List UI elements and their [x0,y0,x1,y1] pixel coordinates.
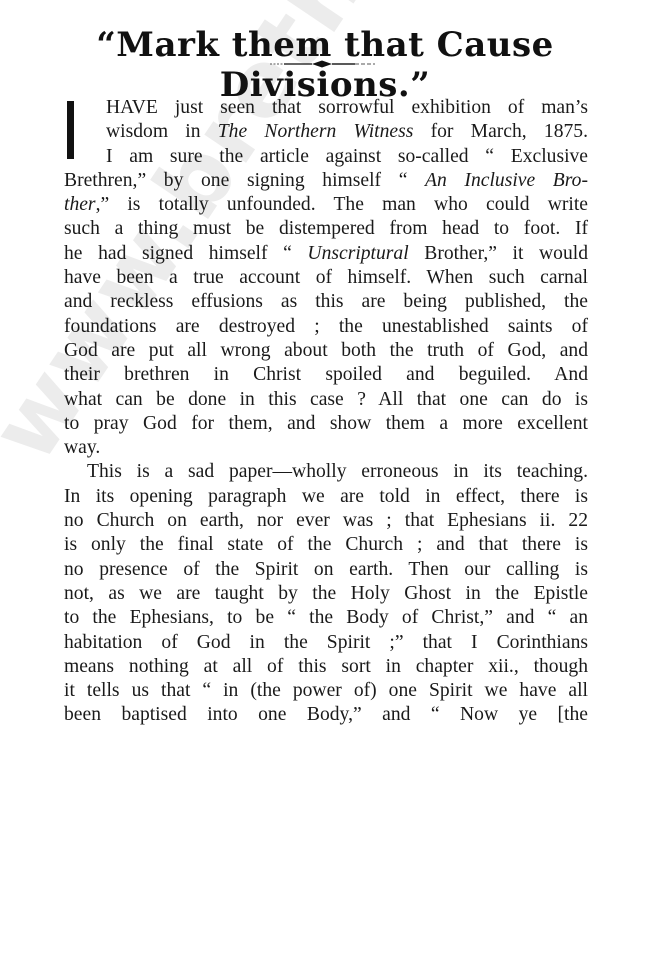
italic-phrase: Unscriptural [307,243,408,264]
text-line: such a thing must be distempered from he… [64,217,588,241]
text-line: God are put all wrong about both the tru… [64,339,588,363]
text-line: ther,” is totally unfounded. The man who… [64,193,588,217]
paragraph-2: This is a sad paper—wholly erroneous in … [64,460,588,727]
text-line: means nothing at all of this sort in cha… [64,655,588,679]
text-line: is only the final state of the Church ; … [64,533,588,557]
text-line: their brethren in Christ spoiled and beg… [64,363,588,387]
text-line: he had signed himself “ Unscriptural Bro… [64,242,588,266]
text-line: to the Ephesians, to be “ the Body of Ch… [64,606,588,630]
text-line: wisdom in The Northern Witness for March… [64,120,588,144]
text-line: no Church on earth, nor ever was ; that … [64,509,588,533]
paragraph-1: HAVE just seen that sorrowful exhibition… [64,96,588,460]
text-line: HAVE just seen that sorrowful exhibition… [64,96,588,120]
text-line: it tells us that “ in (the power of) one… [64,679,588,703]
text-line: been baptised into one Body,” and “ Now … [64,703,588,727]
text-line: what can be done in this case ? All that… [64,388,588,412]
text-line: not, as we are taught by the Holy Ghost … [64,582,588,606]
text-line: to pray God for them, and show them a mo… [64,412,588,436]
text-line: habitation of God in the Spirit ;” that … [64,631,588,655]
text-line: no presence of the Spirit on earth. Then… [64,558,588,582]
italic-phrase: An Inclusive Bro- [425,170,588,191]
divider-ornament-icon [270,59,375,69]
text-line: have been a true account of himself. Whe… [64,266,588,290]
text-line: and reckless effusions as this are being… [64,290,588,314]
italic-phrase: ther [64,194,96,215]
article-body: HAVE just seen that sorrowful exhibition… [64,96,588,728]
text-line: way. [64,436,588,460]
publication-title: The Northern Witness [218,121,414,142]
text-line: Brethren,” by one signing himself “ An I… [64,169,588,193]
text-line: This is a sad paper—wholly erroneous in … [64,460,588,484]
text-line: In its opening paragraph we are told in … [64,485,588,509]
text-line: foundations are destroyed ; the unestabl… [64,315,588,339]
text-line: I am sure the article against so-called … [64,145,588,169]
